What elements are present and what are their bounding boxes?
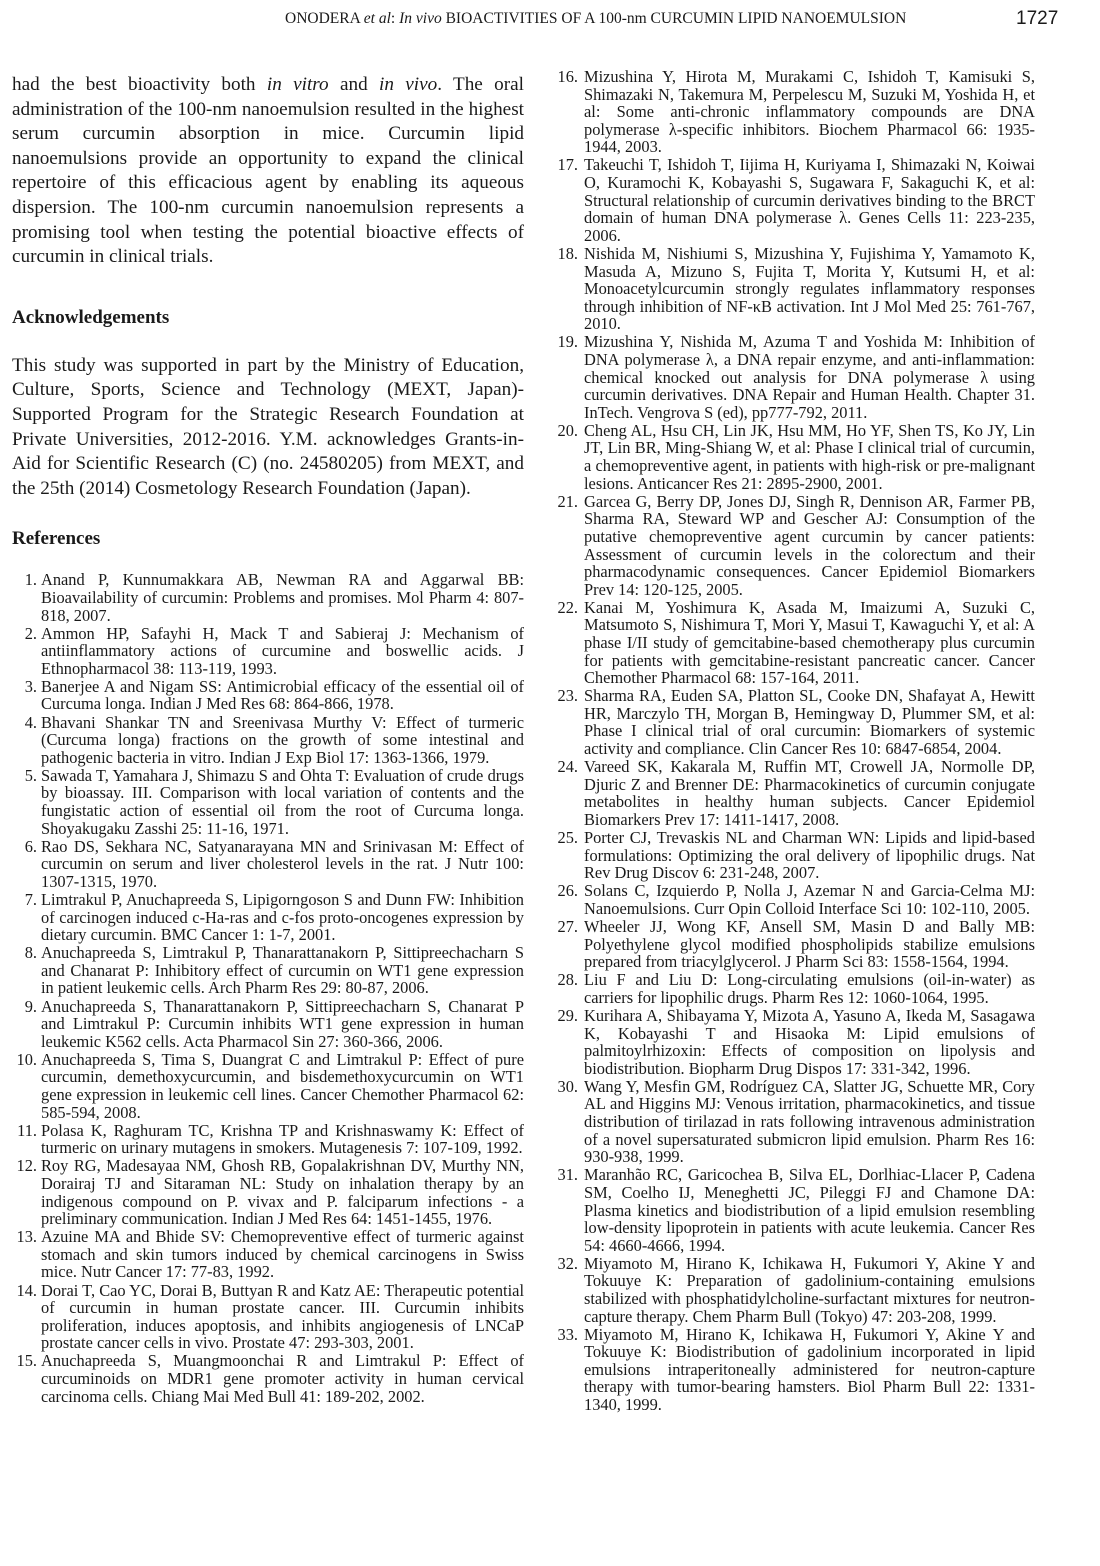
reference-text: Solans C, Izquierdo P, Nolla J, Azemar N… <box>584 881 1035 918</box>
reference-text: Wheeler JJ, Wong KF, Ansell SM, Masin D … <box>584 917 1035 971</box>
reference-text: Limtrakul P, Anuchapreeda S, Lipigorngos… <box>41 890 524 944</box>
reference-number: 18. <box>551 245 578 263</box>
reference-item: 27.Wheeler JJ, Wong KF, Ansell SM, Masin… <box>551 918 1035 971</box>
reference-text: Banerjee A and Nigam SS: Antimicrobial e… <box>41 677 524 714</box>
reference-item: 6.Rao DS, Sekhara NC, Satyanarayana MN a… <box>12 838 524 891</box>
reference-number: 14. <box>12 1282 37 1300</box>
running-title: ONODERA et al: In vivo BIOACTIVITIES OF … <box>285 10 906 28</box>
reference-number: 4. <box>12 714 37 732</box>
reference-number: 15. <box>12 1352 37 1370</box>
reference-item: 15.Anuchapreeda S, Muangmoonchai R and L… <box>12 1352 524 1405</box>
reference-number: 2. <box>12 625 37 643</box>
reference-item: 1.Anand P, Kunnumakkara AB, Newman RA an… <box>12 571 524 624</box>
reference-text: Rao DS, Sekhara NC, Satyanarayana MN and… <box>41 837 524 891</box>
reference-item: 31.Maranhão RC, Garicochea B, Silva EL, … <box>551 1166 1035 1254</box>
reference-item: 28.Liu F and Liu D: Long-circulating emu… <box>551 971 1035 1006</box>
reference-text: Anuchapreeda S, Tima S, Duangrat C and L… <box>41 1050 524 1122</box>
reference-number: 20. <box>551 422 578 440</box>
reference-item: 5.Sawada T, Yamahara J, Shimazu S and Oh… <box>12 767 524 837</box>
acknowledgements-heading: Acknowledgements <box>12 306 524 330</box>
references-heading: References <box>12 527 524 551</box>
reference-number: 11. <box>12 1122 37 1140</box>
reference-text: Kurihara A, Shibayama Y, Mizota A, Yasun… <box>584 1006 1035 1078</box>
reference-text: Porter CJ, Trevaskis NL and Charman WN: … <box>584 828 1035 882</box>
reference-number: 27. <box>551 918 578 936</box>
reference-number: 33. <box>551 1326 578 1344</box>
reference-text: Roy RG, Madesayaa NM, Ghosh RB, Gopalakr… <box>41 1156 524 1228</box>
text-run: had the best bioactivity both <box>12 74 267 95</box>
reference-text: Bhavani Shankar TN and Sreenivasa Murthy… <box>41 713 524 767</box>
reference-item: 16.Mizushina Y, Hirota M, Murakami C, Is… <box>551 68 1035 156</box>
reference-number: 17. <box>551 156 578 174</box>
title-et-al: et al <box>364 10 391 27</box>
reference-text: Mizushina Y, Hirota M, Murakami C, Ishid… <box>584 67 1035 156</box>
reference-item: 30.Wang Y, Mesfin GM, Rodríguez CA, Slat… <box>551 1078 1035 1166</box>
reference-item: 7.Limtrakul P, Anuchapreeda S, Lipigorng… <box>12 891 524 944</box>
reference-number: 23. <box>551 687 578 705</box>
reference-item: 21.Garcea G, Berry DP, Jones DJ, Singh R… <box>551 493 1035 599</box>
reference-number: 1. <box>12 571 37 589</box>
reference-item: 11.Polasa K, Raghuram TC, Krishna TP and… <box>12 1122 524 1157</box>
reference-text: Mizushina Y, Nishida M, Azuma T and Yosh… <box>584 332 1035 421</box>
title-in-vivo: In vivo <box>399 10 442 27</box>
reference-text: Sawada T, Yamahara J, Shimazu S and Ohta… <box>41 766 524 838</box>
reference-item: 3.Banerjee A and Nigam SS: Antimicrobial… <box>12 678 524 713</box>
reference-item: 13.Azuine MA and Bhide SV: Chemopreventi… <box>12 1228 524 1281</box>
reference-number: 28. <box>551 971 578 989</box>
reference-text: Kanai M, Yoshimura K, Asada M, Imaizumi … <box>584 598 1035 687</box>
reference-text: Wang Y, Mesfin GM, Rodríguez CA, Slatter… <box>584 1077 1035 1166</box>
reference-text: Anuchapreeda S, Muangmoonchai R and Limt… <box>41 1351 524 1405</box>
right-column: 16.Mizushina Y, Hirota M, Murakami C, Is… <box>551 68 1035 1414</box>
reference-text: Miyamoto M, Hirano K, Ichikawa H, Fukumo… <box>584 1254 1035 1326</box>
reference-text: Takeuchi T, Ishidoh T, Iijima H, Kuriyam… <box>584 155 1035 244</box>
reference-item: 10.Anuchapreeda S, Tima S, Duangrat C an… <box>12 1051 524 1121</box>
reference-text: Ammon HP, Safayhi H, Mack T and Sabieraj… <box>41 624 524 678</box>
reference-item: 29.Kurihara A, Shibayama Y, Mizota A, Ya… <box>551 1007 1035 1077</box>
reference-item: 4.Bhavani Shankar TN and Sreenivasa Murt… <box>12 714 524 767</box>
reference-item: 24.Vareed SK, Kakarala M, Ruffin MT, Cro… <box>551 758 1035 828</box>
conclusion-paragraph: had the best bioactivity both in vitro a… <box>12 73 524 270</box>
reference-number: 10. <box>12 1051 37 1069</box>
page-number: 1727 <box>1016 8 1058 30</box>
reference-text: Miyamoto M, Hirano K, Ichikawa H, Fukumo… <box>584 1325 1035 1414</box>
running-header: ONODERA et al: In vivo BIOACTIVITIES OF … <box>0 8 1100 32</box>
reference-text: Vareed SK, Kakarala M, Ruffin MT, Crowel… <box>584 757 1035 829</box>
reference-text: Polasa K, Raghuram TC, Krishna TP and Kr… <box>41 1121 524 1158</box>
reference-text: Maranhão RC, Garicochea B, Silva EL, Dor… <box>584 1165 1035 1254</box>
reference-item: 8.Anuchapreeda S, Limtrakul P, Thanaratt… <box>12 944 524 997</box>
reference-item: 12.Roy RG, Madesayaa NM, Ghosh RB, Gopal… <box>12 1157 524 1227</box>
reference-number: 12. <box>12 1157 37 1175</box>
reference-number: 7. <box>12 891 37 909</box>
title-sep: : <box>391 10 399 27</box>
reference-text: Anand P, Kunnumakkara AB, Newman RA and … <box>41 570 524 624</box>
left-column: had the best bioactivity both in vitro a… <box>12 73 524 1406</box>
reference-number: 22. <box>551 599 578 617</box>
reference-number: 24. <box>551 758 578 776</box>
reference-number: 13. <box>12 1228 37 1246</box>
reference-number: 3. <box>12 678 37 696</box>
reference-item: 33.Miyamoto M, Hirano K, Ichikawa H, Fuk… <box>551 1326 1035 1414</box>
reference-number: 26. <box>551 882 578 900</box>
reference-text: Anuchapreeda S, Limtrakul P, Thanarattan… <box>41 943 524 997</box>
title-rest: BIOACTIVITIES OF A 100-nm CURCUMIN LIPID… <box>442 10 907 27</box>
text-run: and <box>329 74 379 95</box>
reference-text: Nishida M, Nishiumi S, Mizushina Y, Fuji… <box>584 244 1035 333</box>
reference-text: Cheng AL, Hsu CH, Lin JK, Hsu MM, Ho YF,… <box>584 421 1035 493</box>
reference-number: 8. <box>12 944 37 962</box>
reference-item: 2.Ammon HP, Safayhi H, Mack T and Sabier… <box>12 625 524 678</box>
reference-text: Azuine MA and Bhide SV: Chemopreventive … <box>41 1227 524 1281</box>
text-run-italic: in vivo <box>379 74 437 95</box>
reference-number: 9. <box>12 998 37 1016</box>
reference-number: 30. <box>551 1078 578 1096</box>
reference-item: 9.Anuchapreeda S, Thanarattanakorn P, Si… <box>12 998 524 1051</box>
reference-item: 22.Kanai M, Yoshimura K, Asada M, Imaizu… <box>551 599 1035 687</box>
reference-item: 25.Porter CJ, Trevaskis NL and Charman W… <box>551 829 1035 882</box>
reference-item: 23.Sharma RA, Euden SA, Platton SL, Cook… <box>551 687 1035 757</box>
reference-number: 25. <box>551 829 578 847</box>
text-run: . The oral administration of the 100-nm … <box>12 74 524 267</box>
reference-item: 32.Miyamoto M, Hirano K, Ichikawa H, Fuk… <box>551 1255 1035 1325</box>
reference-text: Liu F and Liu D: Long-circulating emulsi… <box>584 970 1035 1007</box>
text-run-italic: in vitro <box>267 74 329 95</box>
reference-list-right: 16.Mizushina Y, Hirota M, Murakami C, Is… <box>551 68 1035 1414</box>
reference-item: 18.Nishida M, Nishiumi S, Mizushina Y, F… <box>551 245 1035 333</box>
reference-text: Sharma RA, Euden SA, Platton SL, Cooke D… <box>584 686 1035 758</box>
reference-item: 14.Dorai T, Cao YC, Dorai B, Buttyan R a… <box>12 1282 524 1352</box>
reference-number: 21. <box>551 493 578 511</box>
reference-item: 17.Takeuchi T, Ishidoh T, Iijima H, Kuri… <box>551 156 1035 244</box>
reference-item: 19.Mizushina Y, Nishida M, Azuma T and Y… <box>551 333 1035 421</box>
reference-number: 6. <box>12 838 37 856</box>
reference-number: 31. <box>551 1166 578 1184</box>
reference-number: 16. <box>551 68 578 86</box>
title-author: ONODERA <box>285 10 364 27</box>
reference-text: Garcea G, Berry DP, Jones DJ, Singh R, D… <box>584 492 1035 599</box>
reference-number: 5. <box>12 767 37 785</box>
acknowledgements-text: This study was supported in part by the … <box>12 354 524 502</box>
reference-item: 20.Cheng AL, Hsu CH, Lin JK, Hsu MM, Ho … <box>551 422 1035 492</box>
reference-number: 32. <box>551 1255 578 1273</box>
reference-item: 26.Solans C, Izquierdo P, Nolla J, Azema… <box>551 882 1035 917</box>
reference-number: 29. <box>551 1007 578 1025</box>
reference-text: Dorai T, Cao YC, Dorai B, Buttyan R and … <box>41 1281 524 1353</box>
reference-number: 19. <box>551 333 578 351</box>
reference-list-left: 1.Anand P, Kunnumakkara AB, Newman RA an… <box>12 571 524 1405</box>
reference-text: Anuchapreeda S, Thanarattanakorn P, Sitt… <box>41 997 524 1051</box>
